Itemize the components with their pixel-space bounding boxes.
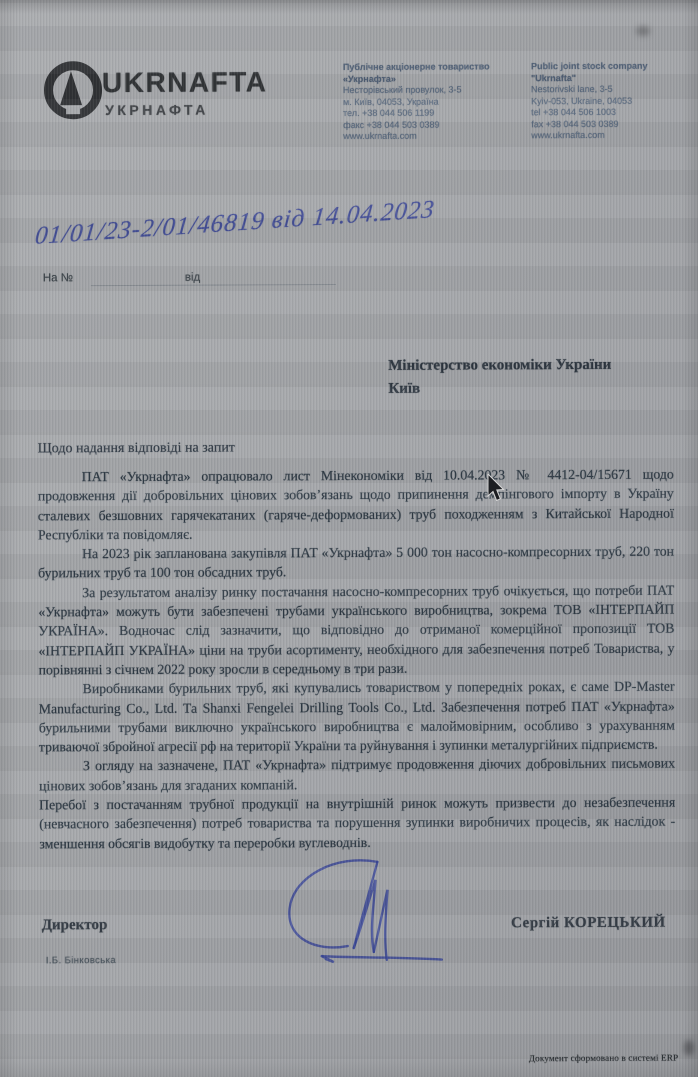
mouse-cursor-icon [487, 474, 509, 504]
contact-ua-address2: м. Київ, 04053, Україна [343, 96, 523, 108]
logo-drill-triangle [60, 71, 82, 105]
contact-en-address1: Nestorivski lane, 3-5 [531, 84, 691, 96]
addressee-block: Міністерство економіки України Київ [388, 354, 688, 401]
signer-name: Сергій КОРЕЦЬКИЙ [511, 915, 666, 933]
contact-en-fax: fax +38 044 503 0389 [531, 118, 691, 130]
addressee-city: Київ [388, 377, 688, 401]
logo-notch [66, 107, 80, 114]
handwritten-reference-number: 01/01/23-2/01/46819 від 14.04.2023 [34, 194, 466, 251]
scanned-letter: UKRNAFTA УКРНАФТА Публічне акціонерне то… [0, 0, 698, 1077]
contact-en-title: Public joint stock company [531, 61, 691, 73]
signature-row: Директор Сергій КОРЕЦЬКИЙ [40, 915, 676, 944]
contact-ua-website: www.ukrnafta.com [343, 130, 523, 142]
clerk-name: І.Б. Бінковська [46, 955, 116, 966]
contact-block-english: Public joint stock company "Ukrnafta" Ne… [531, 61, 691, 142]
subject-line: Щодо надання відповіді на запит [38, 440, 235, 457]
contact-ua-title: Публічне акціонерне товариство [343, 61, 523, 73]
screen-photo-background: UKRNAFTA УКРНАФТА Публічне акціонерне то… [0, 0, 698, 1077]
contact-ua-phone: тел. +38 044 506 1199 [343, 107, 523, 119]
date-blank-line [211, 284, 336, 286]
paragraph: Перебої з постачанням трубної продукції … [39, 793, 675, 854]
paragraph: ПАТ «Укрнафта» опрацювало лист Мінеконом… [38, 465, 674, 545]
contact-en-website: www.ukrnafta.com [531, 130, 691, 142]
erp-footer-note: Документ сформовано в системі ERP [529, 1053, 678, 1064]
signer-position: Директор [42, 917, 108, 934]
contact-ua-fax: факс +38 044 503 0389 [343, 119, 523, 131]
contact-ua-title2: «Укрнафта» [343, 73, 523, 85]
na-no-label: На № [43, 272, 73, 284]
paragraph: З огляду на зазначене, ПАТ «Укрнафта» пі… [39, 754, 675, 795]
paragraph: За результатом аналізу ринку постачання … [38, 580, 674, 679]
contact-ua-address1: Несторівський провулок, 3-5 [343, 84, 523, 96]
company-name-cyrillic: УКРНАФТА [105, 102, 209, 118]
contact-en-address2: Kyiv-053, Ukraine, 04053 [531, 95, 691, 107]
addressee-ministry: Міністерство економіки України [388, 354, 688, 378]
paragraph: На 2023 рік запланована закупівля ПАТ «У… [38, 542, 674, 583]
contact-en-phone: tel +38 044 506 1003 [531, 107, 691, 119]
letter-body: ПАТ «Укрнафта» опрацювало лист Мінеконом… [38, 465, 676, 854]
ukrnafta-logo-icon [44, 61, 102, 121]
contact-block-ukrainian: Публічне акціонерне товариство «Укрнафта… [343, 61, 523, 142]
contact-en-title2: "Ukrnafta" [531, 72, 691, 84]
reply-reference-line: На № від [0, 266, 697, 289]
paragraph: Виробниками бурильних труб, які купували… [39, 677, 675, 757]
reference-blank-line [91, 285, 227, 287]
vid-label: від [185, 272, 200, 284]
company-name-latin: UKRNAFTA [102, 66, 268, 99]
